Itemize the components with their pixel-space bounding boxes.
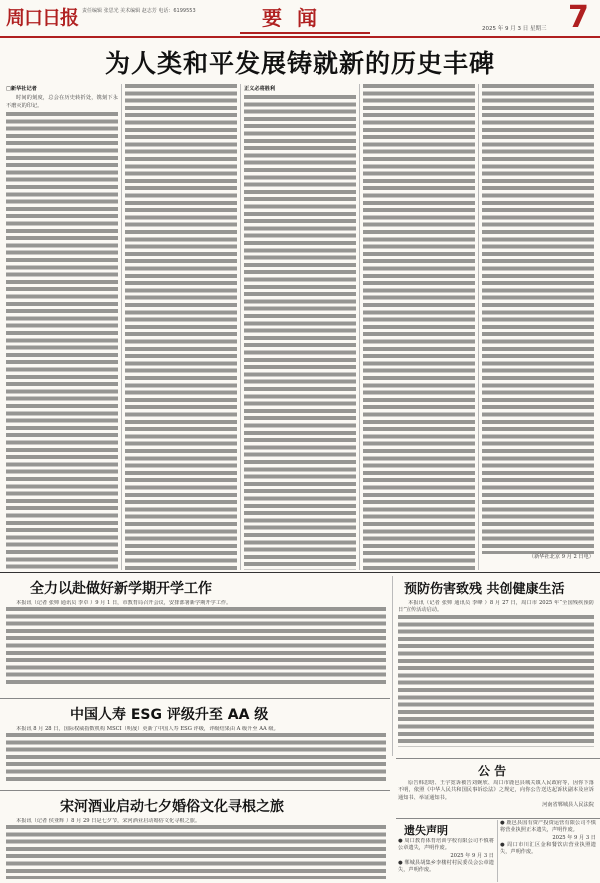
notice-text: 原告韩思晗、王宇宽诉被告刘婉欣、周口市鹿邑县城关镇人民政府等，因你下落不明，依照… — [398, 780, 594, 802]
lost-notice-date: 2025 年 9 月 3 日 — [500, 835, 596, 842]
article-body: 本报讯（记者 侯亚辉 ）8 月 29 日是七夕节，宋河酒业启动婚俗文化寻根之旅。 — [6, 818, 386, 880]
masthead: 周口日报 责任编辑 张思光 美术编辑 赵志芳 电话：6199553 要 闻 20… — [0, 0, 600, 38]
article-lead: 本报讯（记者 侯亚辉 ）8 月 29 日是七夕节，宋河酒业启动婚俗文化寻根之旅。 — [6, 818, 386, 825]
lost-notice-title: 遗失声明 — [404, 822, 448, 838]
lead-article-column-2 — [125, 84, 237, 570]
article-title: 全力以赴做好新学期开学工作 — [30, 578, 212, 598]
column-rule — [392, 576, 393, 756]
notice-body: 原告韩思晗、王宇宽诉被告刘婉欣、周口市鹿邑县城关镇人民政府等，因你下落不明，依照… — [398, 780, 594, 816]
body-text — [363, 84, 475, 570]
article-title: 宋河酒业启动七夕婚俗文化寻根之旅 — [60, 796, 284, 816]
page-number: 7 — [568, 0, 589, 35]
lost-notice-date: 2025 年 9 月 3 日 — [398, 853, 494, 860]
lead-intro: 时间的刻度，总会在历史转折处，镌刻下永不磨灭的印记。 — [6, 95, 118, 110]
lost-notice-item: ● 郸城县胡集乡李楼村村民委员会公章遗失，声明作废。 — [398, 860, 494, 875]
column-rule — [240, 84, 241, 570]
lead-byline: □新华社记者 — [6, 86, 118, 93]
section-underline — [240, 32, 370, 34]
body-text — [482, 84, 594, 554]
lead-article-column-4 — [363, 84, 475, 570]
editor-credits: 责任编辑 张思光 美术编辑 赵志芳 电话：6199553 — [82, 8, 282, 15]
column-rule — [359, 84, 360, 570]
section-rule — [0, 790, 390, 791]
newspaper-logo: 周口日报 — [6, 3, 78, 30]
issue-date: 2025 年 9 月 3 日 星期三 — [482, 24, 547, 32]
lost-notice-item: ● 周口市川汇区金和餐饮店营业执照遗失，声明作废。 — [500, 842, 596, 857]
article-lead: 本报讯 8 月 28 日，国际权威指数机构 MSCI（明晟）更新了中国人寿 ES… — [6, 726, 386, 733]
lead-subhead: 正义必将胜利 — [244, 86, 356, 93]
notice-signature: 河南省郸城县人民法院 — [398, 802, 594, 809]
lost-notice-column-2: ● 鹿邑县国有资产投资运营有限公司不慎将营业执照正本遗失，声明作废。 2025 … — [500, 820, 596, 882]
article-body: 本报讯（记者 张帅 通讯员 李峰 ）8 月 27 日，周口市 2025 年“全国… — [398, 600, 594, 750]
column-rule — [497, 820, 498, 882]
column-rule — [478, 84, 479, 570]
section-rule — [0, 572, 600, 573]
article-lead: 本报讯（记者 张帅 通讯员 李峰 ）8 月 27 日，周口市 2025 年“全国… — [398, 600, 594, 615]
article-title: 预防伤害致残 共创健康生活 — [404, 578, 565, 597]
body-text — [125, 84, 237, 570]
lead-article-column-3: 正义必将胜利 — [244, 84, 356, 570]
lost-notice-item: ● 周口教育体育培训学校有限公司不慎将公章遗失，声明作废。 — [398, 838, 494, 853]
lead-article-column-5: （新华社北京 9 月 2 日电） — [482, 84, 594, 570]
body-text — [6, 733, 386, 783]
notice-title: 公 告 — [478, 762, 506, 779]
article-title: 中国人寿 ESG 评级升至 AA 级 — [70, 704, 268, 724]
column-rule — [121, 84, 122, 570]
article-body: 本报讯（记者 张帅 通讯员 李卓 ）9 月 1 日，市教育局召开会议，安排部署新… — [6, 600, 386, 692]
lost-notice-item: ● 鹿邑县国有资产投资运营有限公司不慎将营业执照正本遗失，声明作废。 — [500, 820, 596, 835]
section-title: 要 闻 — [262, 2, 321, 31]
lead-byline-end: （新华社北京 9 月 2 日电） — [482, 554, 594, 561]
article-body: 本报讯 8 月 28 日，国际权威指数机构 MSCI（明晟）更新了中国人寿 ES… — [6, 726, 386, 786]
section-rule — [0, 698, 390, 699]
lost-notice-column-1: ● 周口教育体育培训学校有限公司不慎将公章遗失，声明作废。 2025 年 9 月… — [398, 838, 494, 882]
section-rule — [396, 758, 600, 759]
lead-article-column-1: □新华社记者 时间的刻度，总会在历史转折处，镌刻下永不磨灭的印记。 — [6, 84, 118, 570]
main-headline: 为人类和平发展铸就新的历史丰碑 — [0, 44, 600, 80]
body-text — [244, 95, 356, 570]
section-rule — [396, 818, 600, 819]
body-text — [398, 615, 594, 747]
body-text — [6, 825, 386, 879]
body-text — [6, 607, 386, 687]
body-text — [6, 112, 118, 570]
article-lead: 本报讯（记者 张帅 通讯员 李卓 ）9 月 1 日，市教育局召开会议，安排部署新… — [6, 600, 386, 607]
